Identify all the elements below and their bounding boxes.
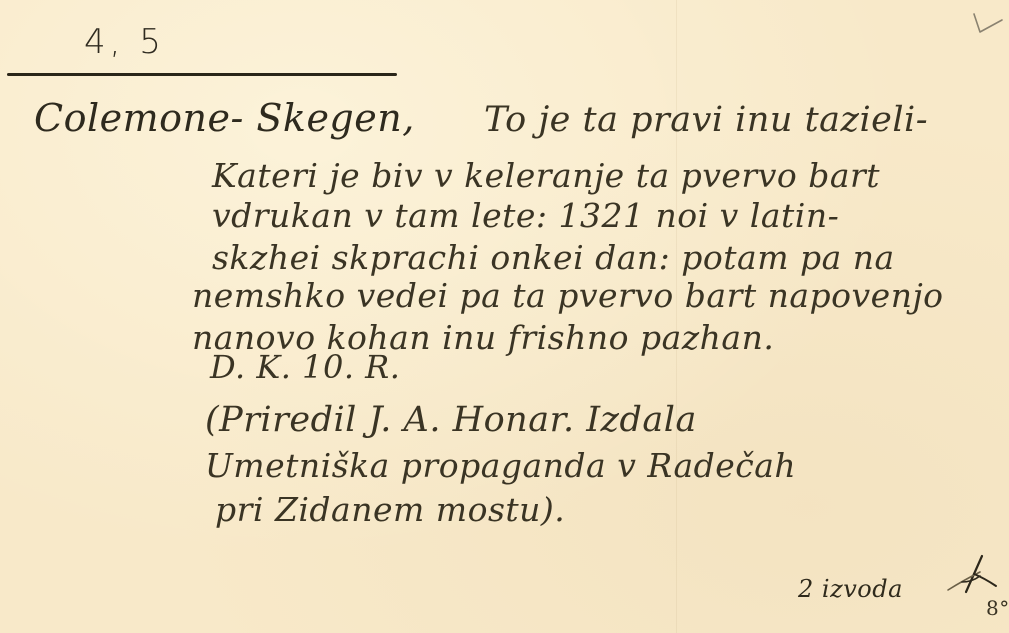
- catalog-card: 4, 5 Colemone- Skegen, To je ta pravi in…: [0, 0, 1009, 633]
- publication-line-0: (Priredil J. A. Honar. Izdala: [205, 400, 697, 440]
- copies-note: 2 izvoda: [798, 575, 903, 603]
- publication-line-2: pri Zidanem mostu).: [215, 490, 565, 529]
- title-line-3: skzhei skprachi onkei dan: potam pa na: [212, 238, 895, 277]
- pencil-checkmark-icon: [966, 8, 1006, 38]
- paper-crease: [676, 0, 677, 633]
- author-heading: Colemone- Skegen,: [34, 96, 415, 140]
- handwritten-initials-icon: [944, 552, 1004, 602]
- classification-code: D. K. 10. R.: [210, 348, 400, 386]
- publication-line-1: Umetniška propaganda v Radečah: [205, 446, 796, 485]
- title-line-2: vdrukan v tam lete: 1321 noi v latin-: [212, 196, 839, 235]
- format-size-note: 8°: [986, 596, 1009, 620]
- title-line-4: nemshko vedei pa ta pvervo bart napovenj…: [192, 276, 944, 315]
- heading-rule: [7, 73, 397, 76]
- title-line-1: Kateri je biv v keleranje ta pvervo bart: [212, 156, 880, 195]
- title-line-0: To je ta pravi inu tazieli-: [484, 100, 928, 140]
- shelfmark-number: 4, 5: [84, 22, 165, 62]
